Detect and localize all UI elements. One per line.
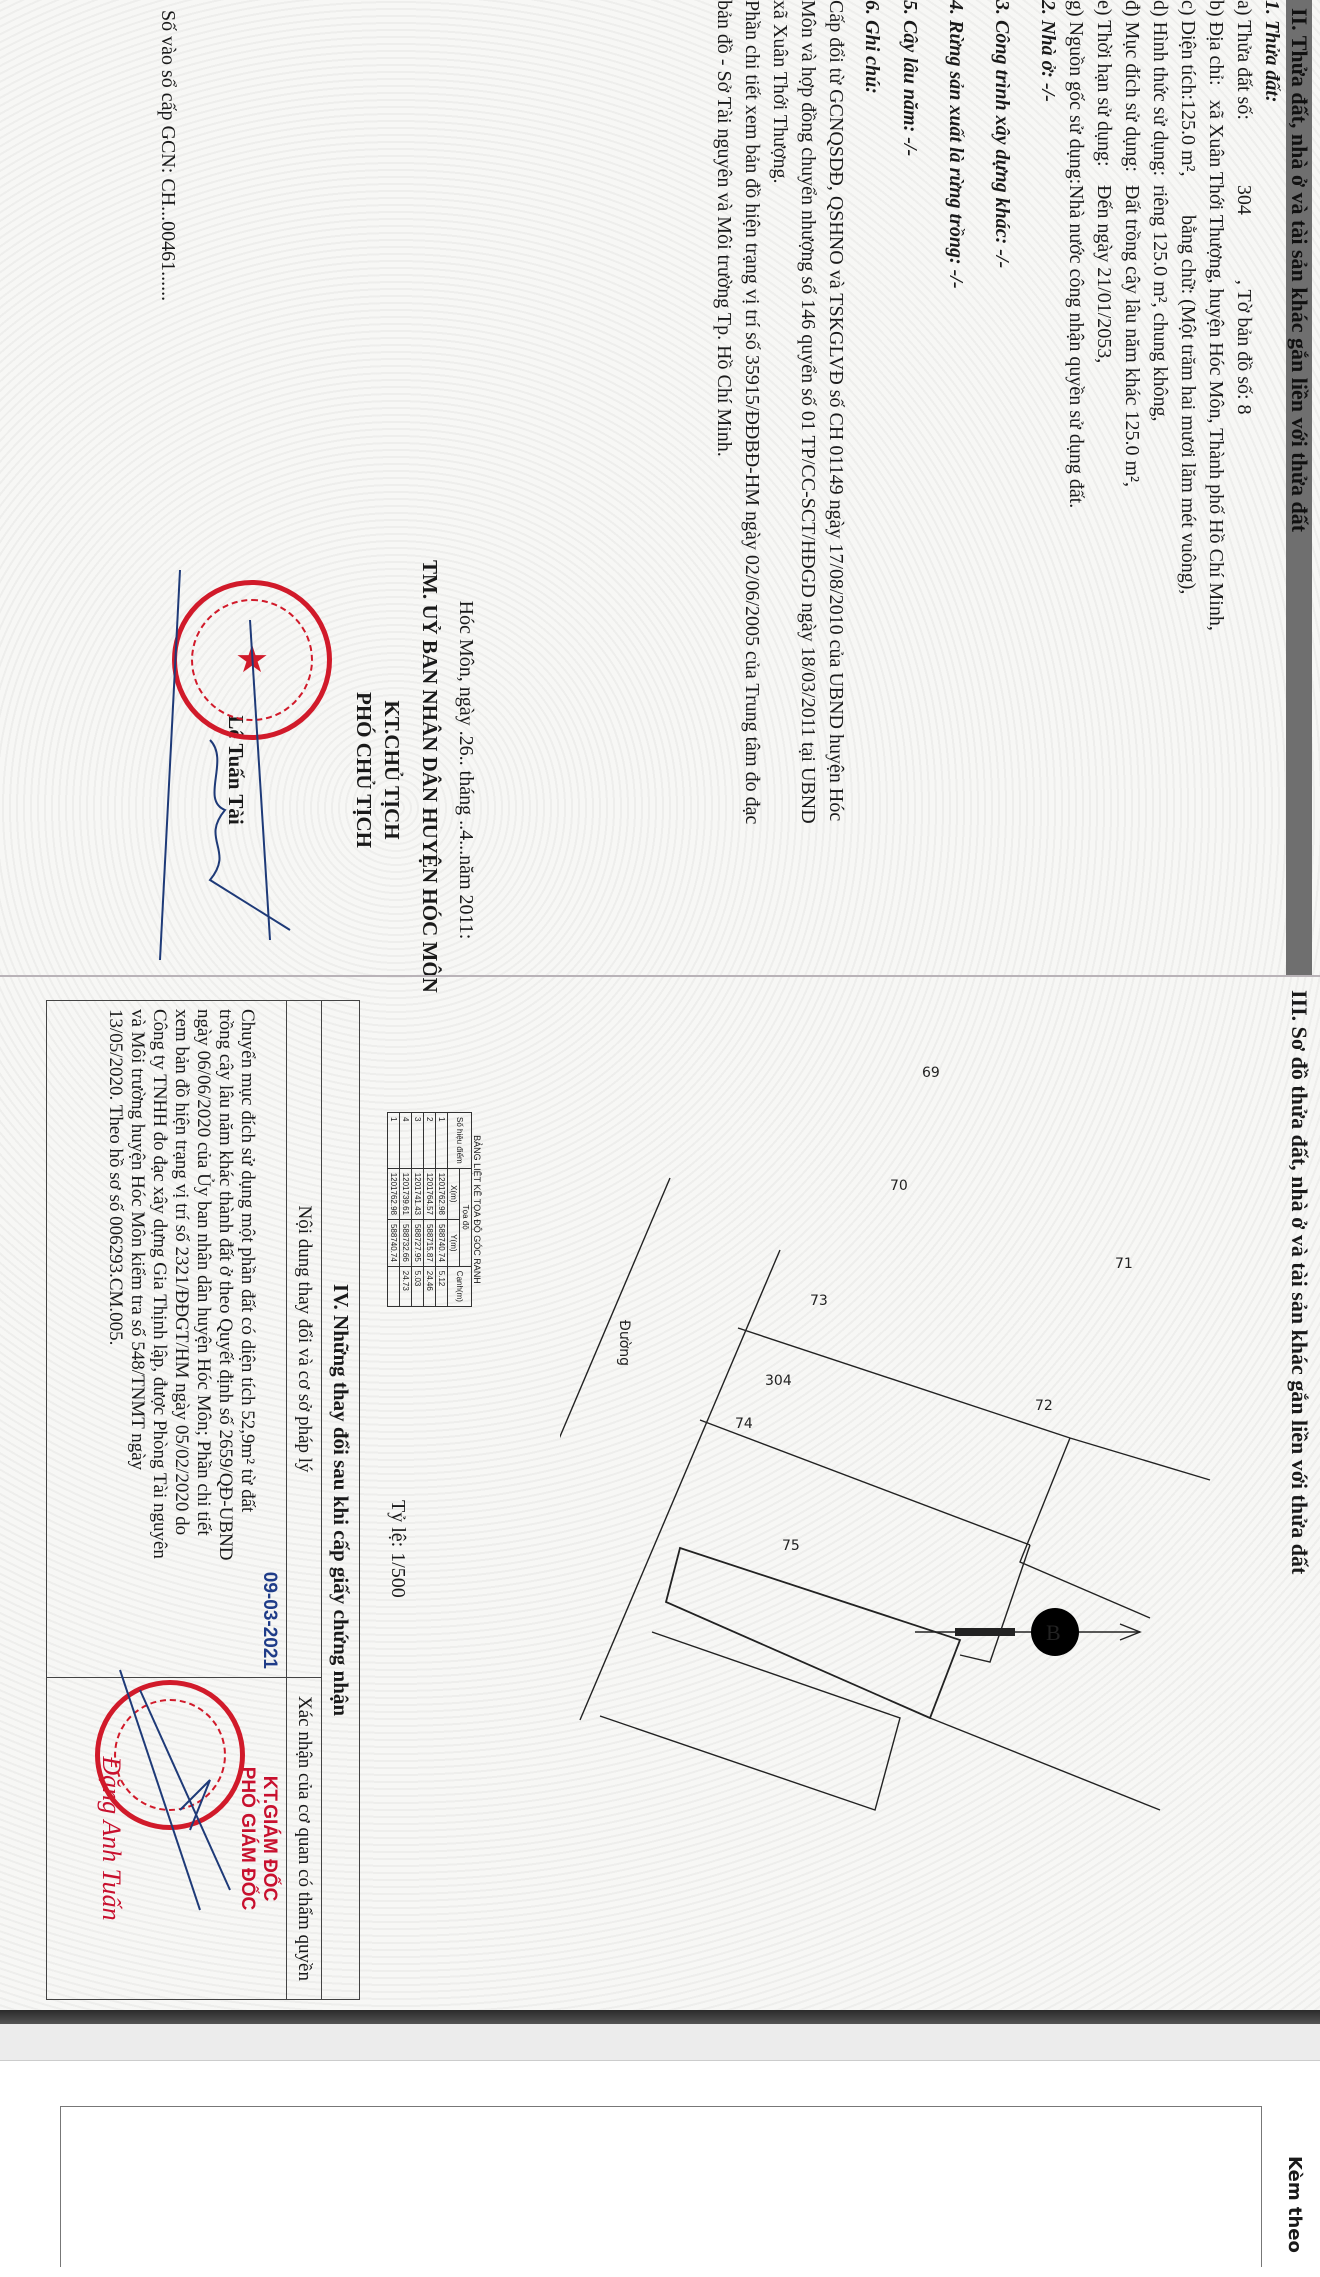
parcel-label-74: 74 [735,1416,753,1432]
map-sheet-label: , Tờ bản đồ số: [1233,280,1255,400]
coord-table-title: BẢNG LIỆT KÊ TỌA ĐỘ GÓC RANH [472,1112,482,1307]
coord-cell: 5.12 [436,1266,448,1306]
parcel-row: a) Thửa đất số: 304 , Tờ bản đồ số: 8 [1230,0,1258,976]
section-ii: II. Thửa đất, nhà ở và tài sản khác gắn … [710,0,1312,976]
certificate-page: II. Thửa đất, nhà ở và tài sản khác gắn … [0,0,1320,2020]
change-date: 09-03-2021 [258,1009,280,1669]
coord-cell [388,1266,400,1306]
coord-cell: 2 [424,1113,436,1169]
purpose-label: đ) Mục đích sử dụng: [1118,0,1146,180]
coord-header: Y(m) [448,1219,460,1266]
section-iii-title-wrap: III. Sơ đồ thửa đất, nhà ở và tài sản kh… [1286,990,1312,1574]
page-fold [0,975,1320,977]
term-label: e) Thời hạn sử dụng: [1090,0,1118,180]
change-entry: 09-03-2021 Chuyển mục đích sử dụng một p… [47,1001,287,1678]
coord-row: 41201739.61588732.6624.73 [400,1113,412,1307]
north-arrow-icon: B [915,1608,1140,1656]
parcel-label-72: 72 [1035,1398,1053,1414]
place-date: Hóc Môn, ngày .26.. tháng ..4...năm 2011… [452,560,480,980]
coord-cell: 3 [412,1113,424,1169]
change-text-line: 13/05/2020. Theo hồ sơ số 006293.CM.005. [104,1009,126,1669]
coord-cell: 5.03 [412,1266,424,1306]
coord-row: 11201762.98588740.74 [388,1113,400,1307]
notes-line: Cấp đổi từ GCNQSDĐ, QSHNO và TSKGLVĐ số … [822,0,850,976]
house-row: 2. Nhà ở: -/- [1034,0,1062,976]
parcel-no: 304 [1230,125,1258,275]
usage-form-label: d) Hình thức sử dụng: [1146,0,1174,180]
register-number: Số vào sổ cấp GCN: CH...00461...... [154,10,182,301]
changes-col-header: Nội dung thay đổi và cơ sở pháp lý [287,1001,322,1678]
origin-row: g) Nguồn gốc sử dụng: Nhà nước công nhận… [1062,0,1090,976]
coord-cell: 1201762.98 [436,1168,448,1219]
map-road-label: Đường [616,1320,632,1366]
attached-page: Kèm theo [0,2060,1320,2277]
coord-cell: 1 [388,1113,400,1169]
notes-line: Môn và hợp đồng chuyển nhượng số 146 quy… [794,0,822,976]
parcel-label: a) Thửa đất số: [1233,0,1255,120]
land-heading: 1. Thửa đất: [1258,0,1286,976]
term-row: e) Thời hạn sử dụng: Đến ngày 21/01/2053… [1090,0,1118,976]
address-value: xã Xuân Thới Thượng, huyện Hóc Môn, Thàn… [1205,100,1227,631]
attachment-label: Kèm theo [1284,2156,1305,2253]
attached-frame [60,2106,1262,2267]
address-row: b) Địa chỉ: xã Xuân Thới Thượng, huyện H… [1202,0,1230,976]
page-edge [0,2010,1320,2024]
coord-table-wrap: BẢNG LIỆT KÊ TỌA ĐỘ GÓC RANH Số hiệu điể… [387,1112,482,1307]
parcel-label-70: 70 [890,1178,908,1194]
notes-heading: 6. Ghi chú: [858,0,886,976]
coord-cell: 1201762.98 [388,1168,400,1219]
coord-cell: 588740.74 [388,1219,400,1266]
coord-cell: 1201739.61 [400,1168,412,1219]
notes-line: bản đồ - Sở Tài nguyên và Môi trường Tp.… [710,0,738,976]
issuing-org: TM. UỶ BAN NHÂN DÂN HUYỆN HÓC MÔN [416,560,444,980]
coord-table: Số hiệu điểm Tọa độ Cạnh(m) X(m) Y(m) 11… [387,1112,472,1307]
other-works-row: 3. Công trình xây dựng khác: -/- [988,0,1016,976]
coord-header: Tọa độ [460,1168,472,1266]
forest-row: 4. Rừng sản xuất là rừng trồng: -/- [942,0,970,976]
change-text-line: xem bản đồ hiện trạng vị trí số 2321/ĐĐG… [170,1009,192,1669]
change-text-line: ngày 06/06/2020 của Ủy ban nhân dân huyệ… [192,1009,214,1669]
parcel-label-71: 71 [1115,1256,1133,1272]
area-value: 125.0 m², [1174,100,1202,210]
coord-cell: 24.46 [424,1266,436,1306]
coord-cell: 1 [436,1113,448,1169]
coord-cell: 24.73 [400,1266,412,1306]
origin-value: Nhà nước công nhận quyền sử dụng đất. [1065,185,1087,508]
north-label: B [1046,1620,1061,1645]
confirm-col-header: Xác nhận của cơ quan có thẩm quyền [287,1678,322,2000]
notes-line: Phần chi tiết xem bản đồ hiện trạng vị t… [738,0,766,976]
origin-label: g) Nguồn gốc sử dụng: [1062,0,1090,180]
parcel-map[interactable]: Đường 69 70 71 72 73 304 74 75 B [560,1000,1260,1960]
coord-cell: 588732.66 [400,1219,412,1266]
usage-form-value: riêng 125.0 m², chung không, [1149,185,1171,422]
coord-row: 11201762.98588740.745.12 [436,1113,448,1307]
perennial-row: 5. Cây lâu năm: -/- [896,0,924,976]
district-signature [140,560,380,980]
scale-wrap: Tỷ lệ: 1/500 [384,1500,412,1598]
signer-role-1: KT.CHỦ TỊCH [378,560,406,980]
area-words: bằng chữ: (Một trăm hai mươi lăm mét vuô… [1177,215,1199,594]
address-label: b) Địa chỉ: [1202,0,1230,95]
term-value: Đến ngày 21/01/2053, [1093,185,1115,363]
section-ii-title: II. Thửa đất, nhà ở và tài sản khác gắn … [1286,0,1312,976]
coord-header: X(m) [448,1168,460,1219]
coord-row: 21201764.57588715.8724.46 [424,1113,436,1307]
change-text-line: Công ty TNHH đo đạc xây dựng Gia Thịnh l… [148,1009,170,1669]
coord-cell: 588715.87 [424,1219,436,1266]
change-text-line: trồng cây lâu năm khác thành đất ở theo … [214,1009,236,1669]
coord-header: Số hiệu điểm [448,1113,472,1169]
coord-row: 31201741.43588727.955.03 [412,1113,424,1307]
coord-cell: 588727.95 [412,1219,424,1266]
parcel-label-304: 304 [765,1373,792,1389]
purpose-value: Đất trồng cây lâu năm khác 125.0 m², [1121,185,1143,487]
change-text-line: Chuyển mục đích sử dụng một phần đất có … [236,1009,258,1669]
parcel-label-75: 75 [782,1538,800,1554]
map-scale: Tỷ lệ: 1/500 [387,1500,409,1598]
office-signature [80,1650,280,1930]
register-no-text: Số vào sổ cấp GCN: CH...00461...... [157,10,179,301]
section-iii-title: III. Sơ đồ thửa đất, nhà ở và tài sản kh… [1286,990,1312,1574]
area-row: c) Diện tích: 125.0 m², bằng chữ: (Một t… [1174,0,1202,976]
change-text-line: và Môi trường huyện Hóc Môn kiểm tra số … [126,1009,148,1669]
parcel-label-69: 69 [922,1065,940,1081]
coord-cell: 1201741.43 [412,1168,424,1219]
coord-cell: 588740.74 [436,1219,448,1266]
area-label: c) Diện tích: [1174,0,1202,95]
coord-cell: 1201764.57 [424,1168,436,1219]
coord-cell: 4 [400,1113,412,1169]
section-iv-title: IV. Những thay đổi sau khi cấp giấy chứn… [322,1001,360,2000]
notes-line: xã Xuân Thới Thượng. [766,0,794,976]
parcel-label-73: 73 [810,1293,828,1309]
usage-form-row: d) Hình thức sử dụng: riêng 125.0 m², ch… [1146,0,1174,976]
purpose-row: đ) Mục đích sử dụng: Đất trồng cây lâu n… [1118,0,1146,976]
map-sheet-no: 8 [1233,405,1255,415]
coord-header: Cạnh(m) [448,1266,472,1306]
